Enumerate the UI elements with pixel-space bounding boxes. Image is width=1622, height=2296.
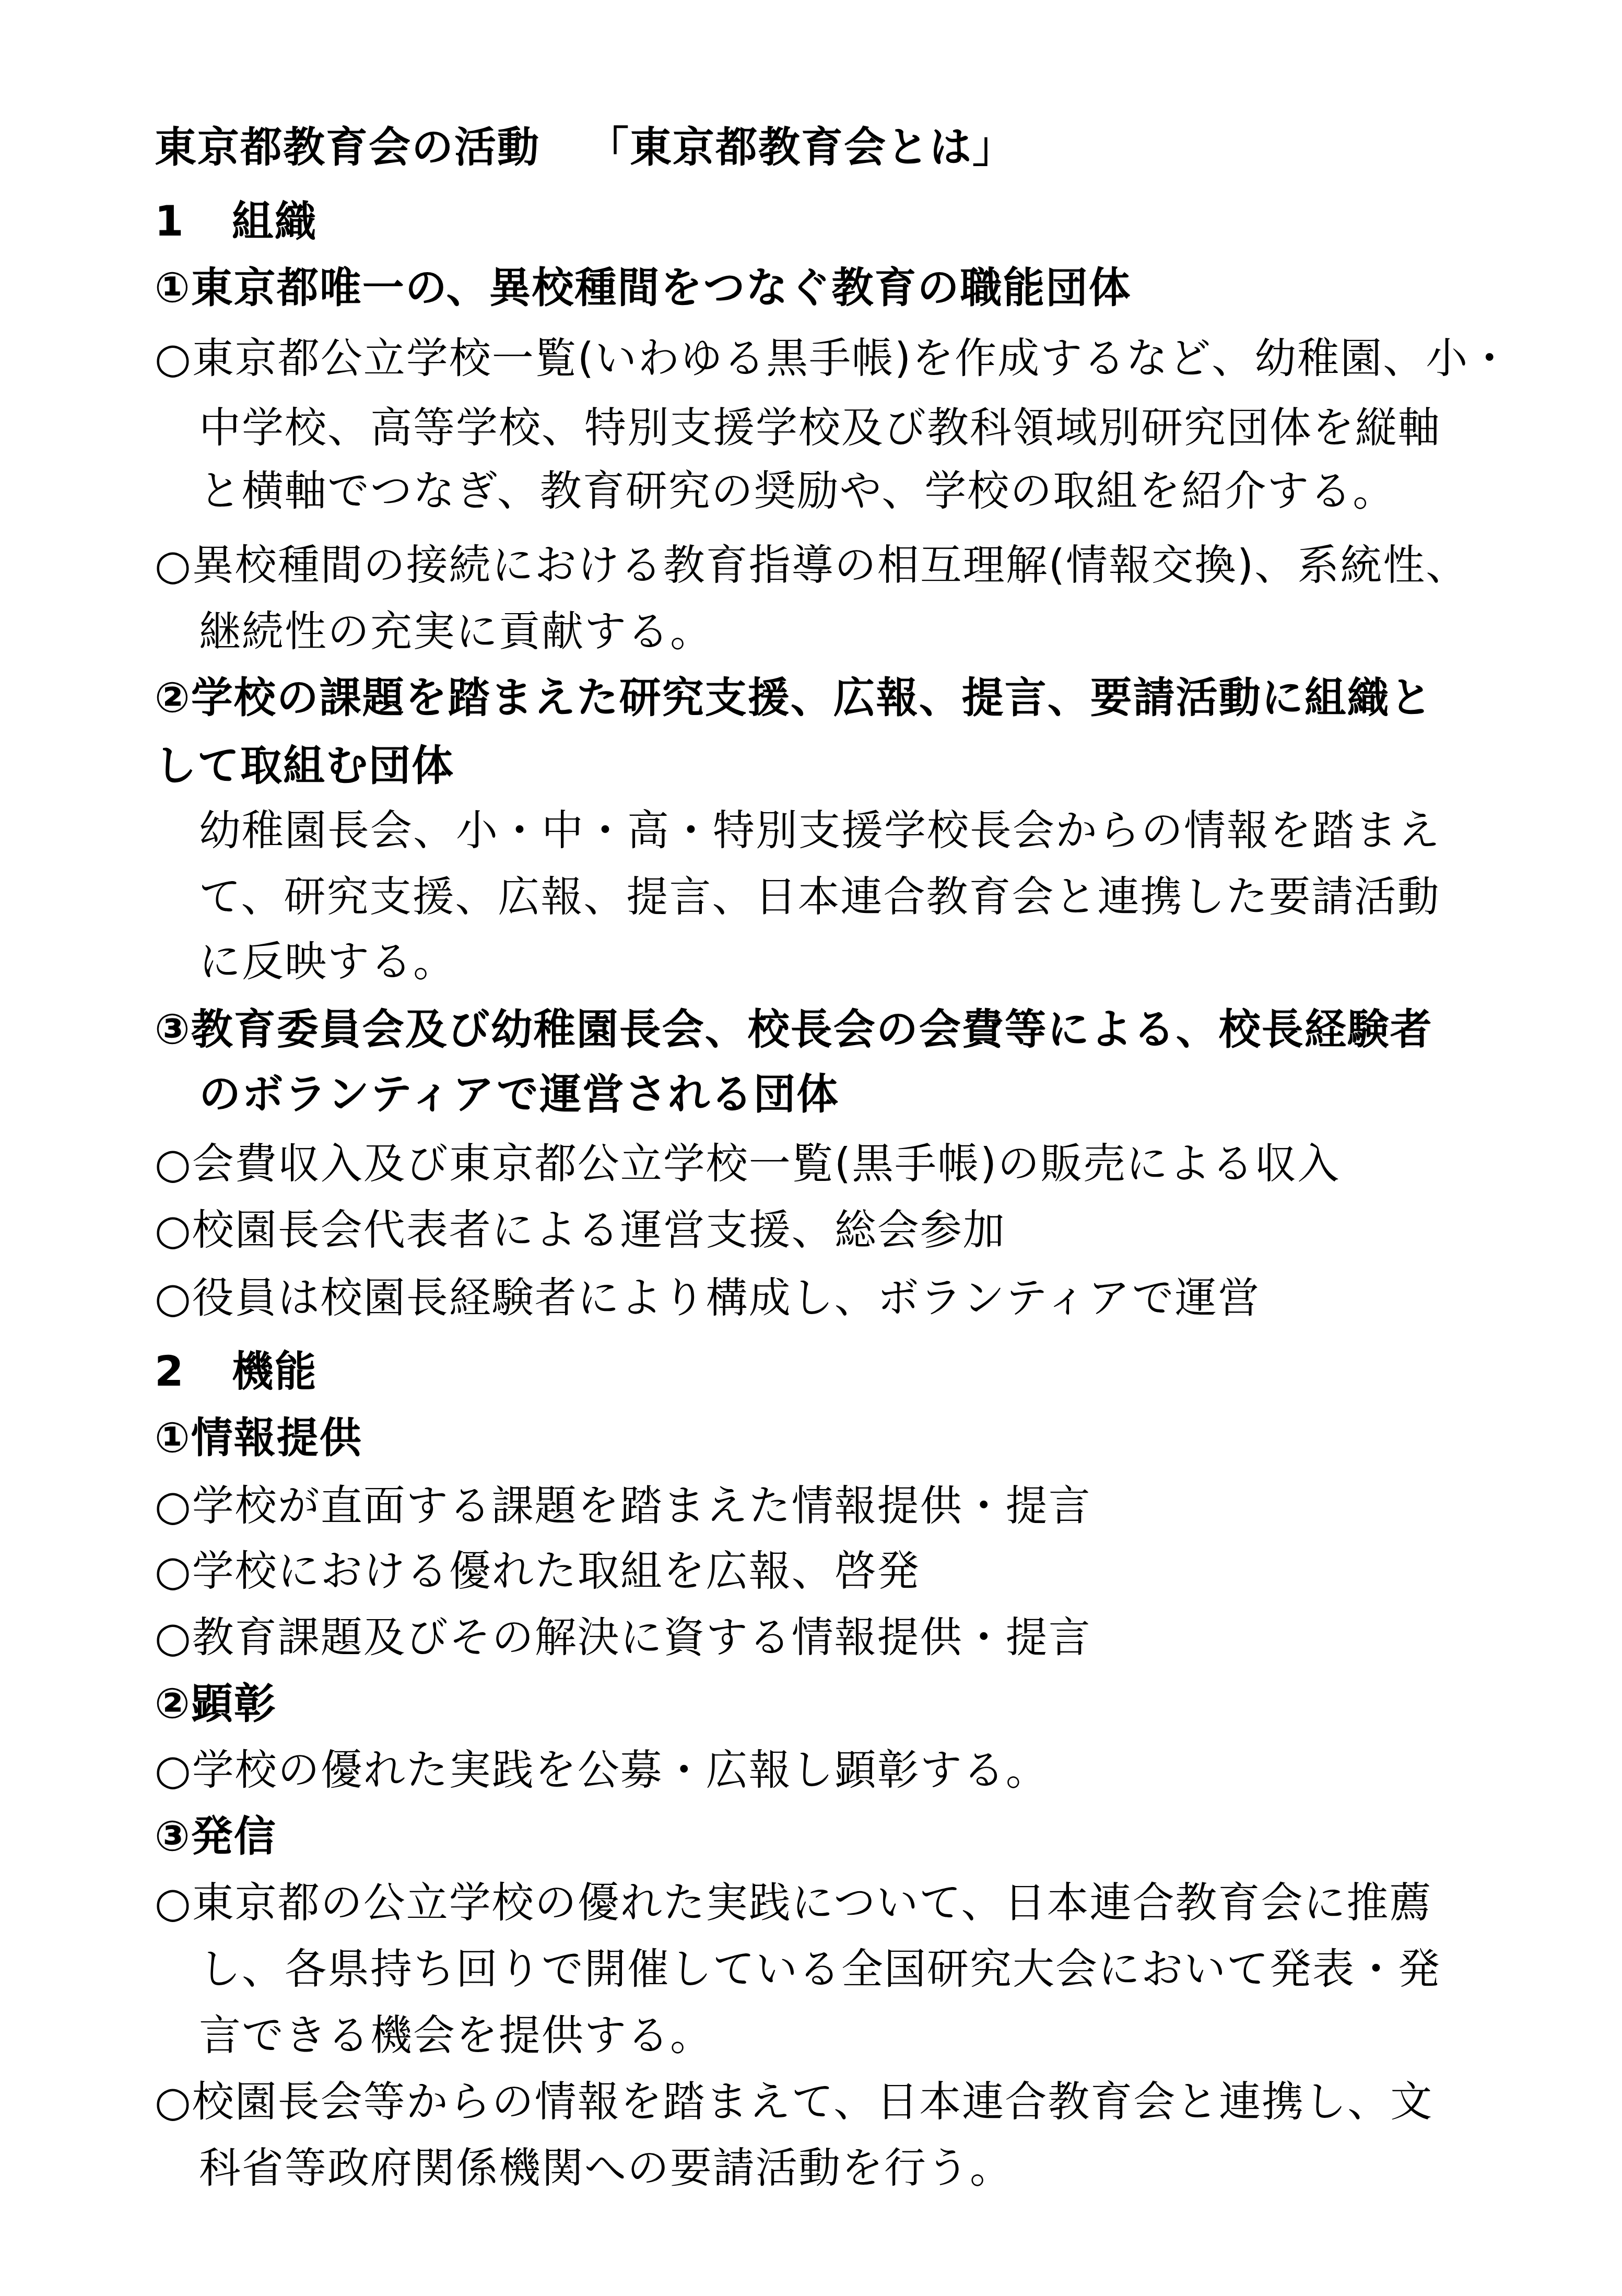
title-main: 東京都教育会の活動 bbox=[155, 123, 540, 171]
section-title: 機能 bbox=[232, 1347, 318, 1396]
subheading: ③教育委員会及び幼稚園長会、校長会の会費等による、校長経験者 bbox=[155, 1001, 1512, 1058]
subheading: ③発信 bbox=[155, 1808, 1512, 1865]
paragraph-line: 幼稚園長会、小・中・高・特別支援学校長会からの情報を踏まえ bbox=[199, 802, 1557, 859]
bullet-continuation: 継続性の充実に貢献する。 bbox=[199, 603, 1557, 660]
section-title: 組織 bbox=[232, 197, 318, 245]
subheading-continuation: して取組む団体 bbox=[155, 737, 1512, 794]
bullet-line: ○会費収入及び東京都公立学校一覧(黒手帳)の販売による収入 bbox=[155, 1135, 1512, 1192]
subheading: ①東京都唯一の、異校種間をつなぐ教育の職能団体 bbox=[155, 259, 1512, 317]
title-sub: 「東京都教育会とは」 bbox=[587, 123, 1015, 171]
subheading: ②学校の課題を踏まえた研究支援、広報、提言、要請活動に組織と bbox=[155, 669, 1512, 727]
bullet-line: ○校園長会等からの情報を踏まえて、日本連合教育会と連携し、文 bbox=[155, 2073, 1512, 2130]
subheading: ②顕彰 bbox=[155, 1675, 1512, 1732]
bullet-line: ○学校の優れた実践を公募・広報し顕彰する。 bbox=[155, 1741, 1512, 1799]
bullet-line: ○役員は校園長経験者により構成し、ボランティアで運営 bbox=[155, 1269, 1512, 1327]
bullet-line: ○教育課題及びその解決に資する情報提供・提言 bbox=[155, 1609, 1512, 1666]
paragraph-line: に反映する。 bbox=[199, 933, 1557, 990]
bullet-continuation: し、各県持ち回りで開催している全国研究大会において発表・発 bbox=[199, 1940, 1557, 1998]
section-number: 2 bbox=[155, 1347, 185, 1396]
bullet-continuation: 言できる機会を提供する。 bbox=[199, 2007, 1557, 2064]
bullet-line: ○校園長会代表者による運営支援、総会参加 bbox=[155, 1201, 1512, 1259]
bullet-line: ○学校における優れた取組を広報、啓発 bbox=[155, 1542, 1512, 1600]
bullet-line: ○学校が直面する課題を踏まえた情報提供・提言 bbox=[155, 1477, 1512, 1534]
bullet-line: ○東京都公立学校一覧(いわゆる黒手帳)を作成するなど、幼稚園、小・ bbox=[155, 330, 1512, 387]
subheading: ①情報提供 bbox=[155, 1409, 1512, 1467]
subheading-continuation: のボランティアで運営される団体 bbox=[199, 1065, 1557, 1123]
bullet-continuation: と横軸でつなぎ、教育研究の奨励や、学校の取組を紹介する。 bbox=[199, 462, 1557, 520]
bullet-continuation: 中学校、高等学校、特別支援学校及び教科領域別研究団体を縦軸 bbox=[199, 399, 1557, 456]
section-number: 1 bbox=[155, 197, 185, 245]
section-heading-organization: 1組織 bbox=[155, 193, 1512, 250]
bullet-line: ○異校種間の接続における教育指導の相互理解(情報交換)、系統性、 bbox=[155, 536, 1512, 594]
section-heading-functions: 2機能 bbox=[155, 1343, 1512, 1400]
bullet-line: ○東京都の公立学校の優れた実践について、日本連合教育会に推薦 bbox=[155, 1874, 1512, 1931]
bullet-continuation: 科省等政府関係機関への要請活動を行う。 bbox=[199, 2139, 1557, 2197]
document-page: 東京都教育会の活動「東京都教育会とは」 1組織 ①東京都唯一の、異校種間をつなぐ… bbox=[0, 0, 1622, 2296]
paragraph-line: て、研究支援、広報、提言、日本連合教育会と連携した要請活動 bbox=[199, 868, 1557, 926]
document-title: 東京都教育会の活動「東京都教育会とは」 bbox=[155, 119, 1512, 176]
